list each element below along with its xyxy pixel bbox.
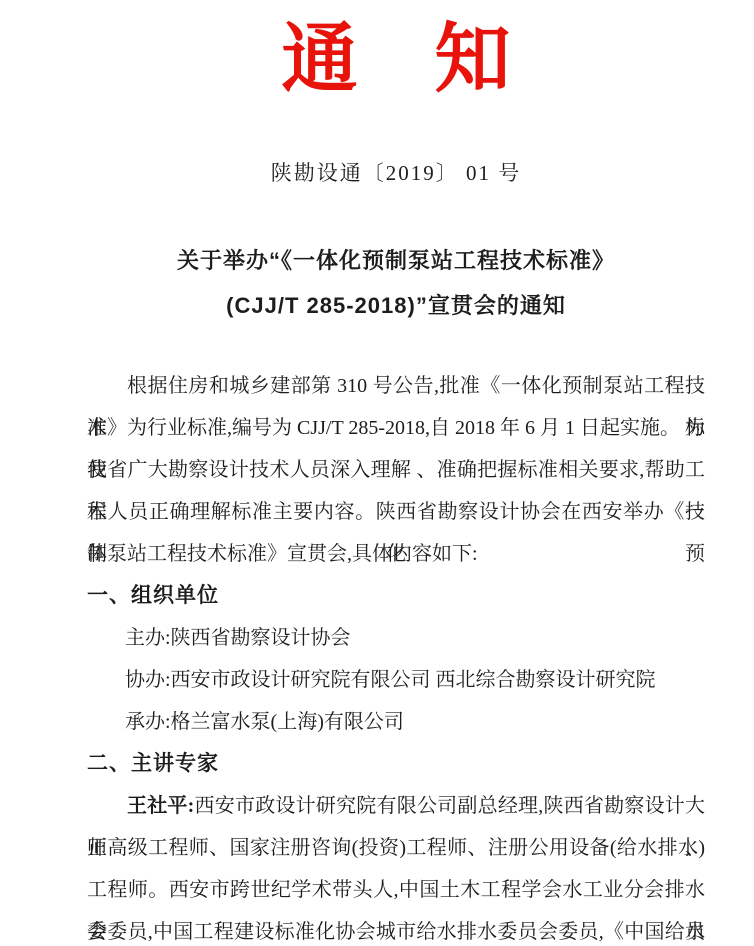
section-heading-organizers: 一、组织单位	[87, 575, 705, 617]
intro-paragraph-line: 根据住房和城乡建部第 310 号公告,批准《一体化预制泵站工程技术标	[87, 365, 705, 407]
document-number: 陕勘设通〔2019〕 01 号	[87, 158, 705, 188]
notice-document-page: 通 知 陕勘设通〔2019〕 01 号 关于举办“《一体化预制泵站工程技术标准》…	[0, 0, 754, 946]
expert-paragraph-line: 会委员,中国工程建设标准化协会城市给水排水委员会委员,《中国给水排	[87, 911, 705, 946]
organizer-item-undertaker: 承办:格兰富水泵(上海)有限公司	[87, 701, 705, 743]
expert-paragraph-line: 正高级工程师、国家注册咨询(投资)工程师、注册公用设备(给水排水)	[87, 827, 705, 869]
expert-paragraph-line: 工程师。西安市跨世纪学术带头人,中国土木工程学会水工业分会排水委员	[87, 869, 705, 911]
intro-paragraph-line: 我省广大勘察设计技术人员深入理解 、准确把握标准相关要求,帮助工程技	[87, 449, 705, 491]
section-heading-experts: 二、主讲专家	[87, 743, 705, 785]
expert-name: 王社平:	[127, 795, 194, 817]
intro-paragraph-line: 术人员正确理解标准主要内容。陕西省勘察设计协会在西安举办《一体化预	[87, 491, 705, 533]
subject-title-line1: 关于举办“《一体化预制泵站工程技术标准》	[87, 238, 705, 283]
notice-body: 根据住房和城乡建部第 310 号公告,批准《一体化预制泵站工程技术标 准》为行业…	[87, 365, 705, 946]
intro-paragraph-line: 准》为行业标准,编号为 CJJ/T 285-2018,自 2018 年 6 月 …	[87, 407, 705, 449]
subject-title-line2: (CJJ/T 285-2018)”宣贯会的通知	[87, 283, 705, 328]
organizer-item-host: 主办:陕西省勘察设计协会	[87, 617, 705, 659]
notice-big-title: 通 知	[87, 10, 705, 110]
notice-subject-title: 关于举办“《一体化预制泵站工程技术标准》 (CJJ/T 285-2018)”宣贯…	[87, 238, 705, 328]
expert-paragraph-line: 王社平:西安市政设计研究院有限公司副总经理,陕西省勘察设计大师、	[87, 785, 705, 827]
organizer-item-cohost: 协办:西安市政设计研究院有限公司 西北综合勘察设计研究院	[87, 659, 705, 701]
